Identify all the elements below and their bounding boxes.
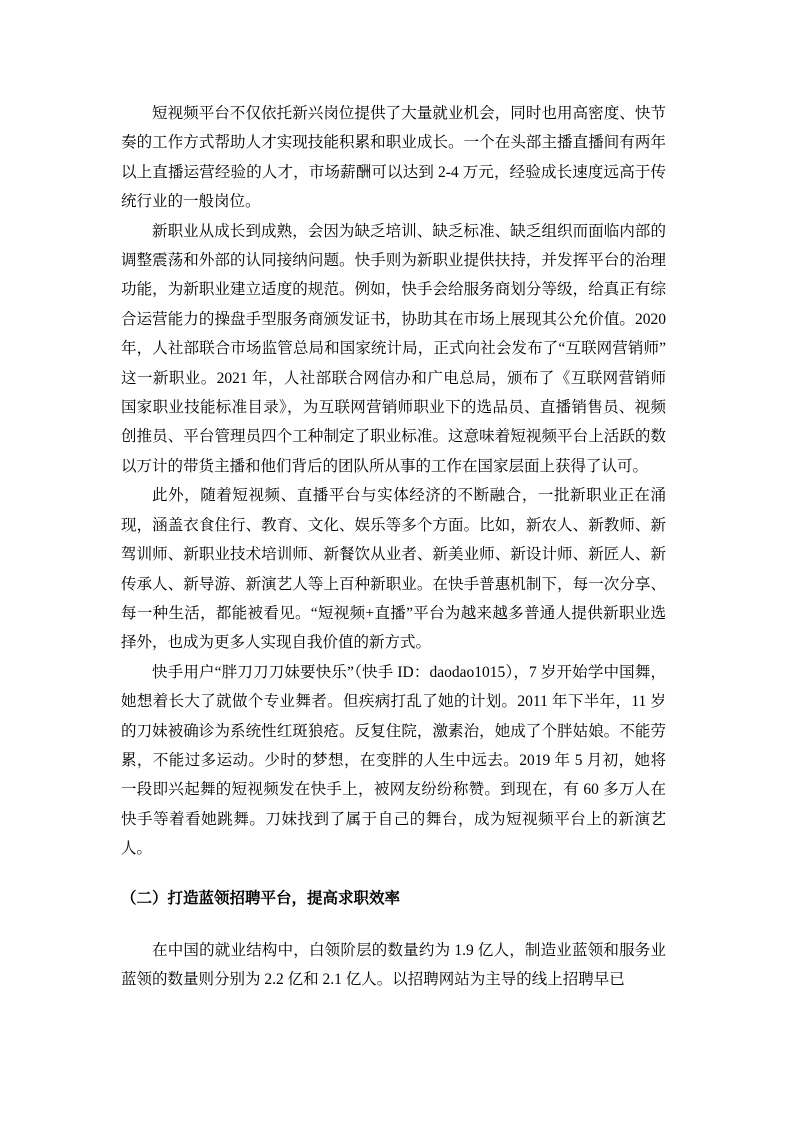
section-heading-blue-collar-recruitment: （二）打造蓝领招聘平台，提高求职效率: [121, 884, 666, 913]
paragraph-shortvideo-employment: 短视频平台不仅依托新兴岗位提供了大量就业机会，同时也用高密度、快节奏的工作方式帮…: [121, 99, 666, 217]
paragraph-new-occupations-emerging: 此外，随着短视频、直播平台与实体经济的不断融合，一批新职业正在涌现，涵盖衣食住行…: [121, 481, 666, 657]
paragraph-new-occupation-standards: 新职业从成长到成熟，会因为缺乏培训、缺乏标准、缺乏组织而面临内部的调整震荡和外部…: [121, 217, 666, 482]
paragraph-daomei-story: 快手用户“胖刀刀刀妹要快乐”（快手 ID：daodao1015），7 岁开始学中…: [121, 658, 666, 864]
paragraph-employment-structure: 在中国的就业结构中，白领阶层的数量约为 1.9 亿人，制造业蓝领和服务业蓝领的数…: [121, 936, 666, 995]
document-page: 短视频平台不仅依托新兴岗位提供了大量就业机会，同时也用高密度、快节奏的工作方式帮…: [0, 0, 793, 1122]
